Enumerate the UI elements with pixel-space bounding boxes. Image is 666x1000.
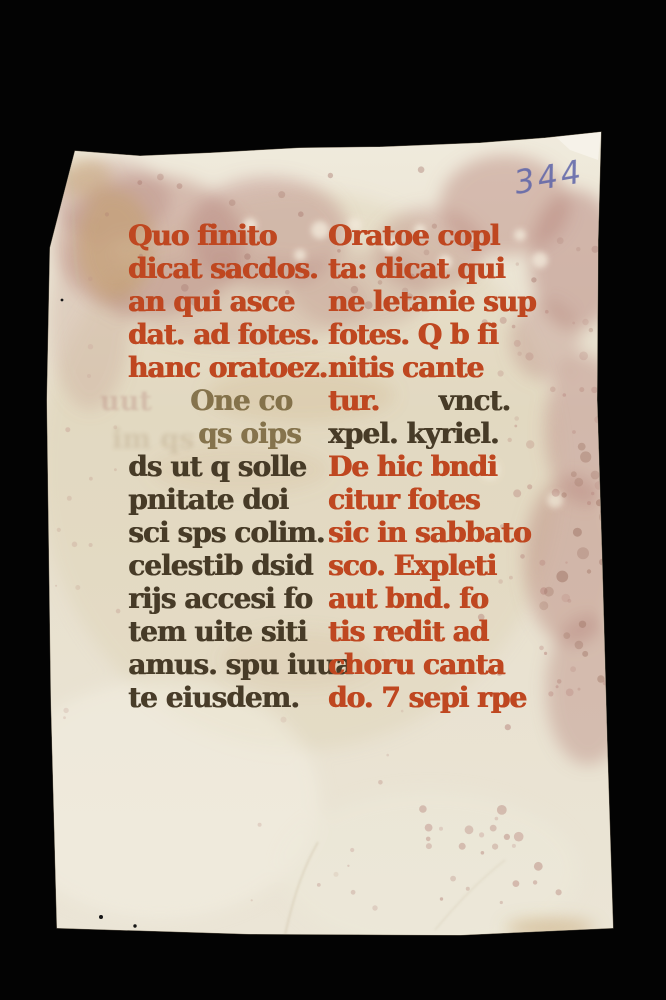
text-line: aut bnd. fo (328, 582, 510, 615)
text-segment: ta: dicat qui (328, 252, 505, 285)
text-line: amus. spu iuua (128, 648, 314, 681)
text-line: dicat sacdos. (128, 252, 314, 285)
text-segment: sic in sabbato (328, 516, 531, 549)
show-through-text: im qs (112, 424, 194, 455)
text-segment: fotes. Q b fi (328, 318, 498, 351)
text-segment: dat. ad fotes. (128, 318, 319, 351)
text-segment: sci sps colim. (128, 516, 324, 549)
text-segment: do. 7 sepi rpe (328, 681, 526, 714)
text-segment: rijs accesi fo (128, 582, 312, 615)
text-line: One co (128, 384, 314, 417)
manuscript-photo: 344 Quo finitodicat sacdos.an qui asceda… (0, 0, 666, 1000)
text-segment: an qui asce (128, 285, 294, 318)
text-column-left: Quo finitodicat sacdos.an qui ascedat. a… (128, 219, 314, 714)
text-segment: citur fotes (328, 483, 480, 516)
text-line: ne letanie sup (328, 285, 510, 318)
text-line: xpel. kyriel. (328, 417, 510, 450)
text-segment: qs oips (198, 417, 301, 450)
text-segment: ne letanie sup (328, 285, 536, 318)
text-segment: One co (190, 384, 292, 417)
text-segment: amus. spu iuua (128, 648, 352, 681)
text-line: tur.vnct. (328, 384, 510, 417)
text-line: tem uite siti (128, 615, 314, 648)
text-segment: De hic bndi (328, 450, 497, 483)
text-segment: nitis cante (328, 351, 483, 384)
text-line: sco. Expleti (328, 549, 510, 582)
text-segment: dicat sacdos. (128, 252, 318, 285)
shelfmark-number: 344 (511, 152, 587, 202)
text-segment: te eiusdem. (128, 681, 299, 714)
text-line: an qui asce (128, 285, 314, 318)
text-line: choru canta (328, 648, 510, 681)
text-segment: tur. (328, 384, 379, 417)
text-segment: sco. Expleti (328, 549, 496, 582)
text-line: te eiusdem. (128, 681, 314, 714)
text-line: hanc oratoez. (128, 351, 314, 384)
show-through-text: uut (100, 386, 152, 417)
text-segment: celestib dsid (128, 549, 313, 582)
text-segment: Quo finito (128, 219, 276, 252)
text-segment: tem uite siti (128, 615, 307, 648)
text-line: ta: dicat qui (328, 252, 510, 285)
text-line: do. 7 sepi rpe (328, 681, 510, 714)
text-line: dat. ad fotes. (128, 318, 314, 351)
text-segment: aut bnd. fo (328, 582, 488, 615)
text-segment: tis redit ad (328, 615, 488, 648)
text-segment: xpel. kyriel. (328, 417, 498, 450)
text-line: citur fotes (328, 483, 510, 516)
text-line: nitis cante (328, 351, 510, 384)
text-line: tis redit ad (328, 615, 510, 648)
text-line: sic in sabbato (328, 516, 510, 549)
text-line: Quo finito (128, 219, 314, 252)
text-line: fotes. Q b fi (328, 318, 510, 351)
text-segment: choru canta (328, 648, 505, 681)
text-segment: hanc oratoez. (128, 351, 327, 384)
text-line: sci sps colim. (128, 516, 314, 549)
text-column-right: Oratoe coplta: dicat quine letanie supfo… (328, 219, 510, 714)
text-layer: 344 Quo finitodicat sacdos.an qui asceda… (0, 0, 666, 1000)
text-line: rijs accesi fo (128, 582, 314, 615)
text-segment: Oratoe copl (328, 219, 499, 252)
text-line: pnitate doi (128, 483, 314, 516)
text-segment: pnitate doi (128, 483, 288, 516)
text-line: De hic bndi (328, 450, 510, 483)
text-line: celestib dsid (128, 549, 314, 582)
text-segment: vnct. (439, 384, 510, 417)
text-line: Oratoe copl (328, 219, 510, 252)
